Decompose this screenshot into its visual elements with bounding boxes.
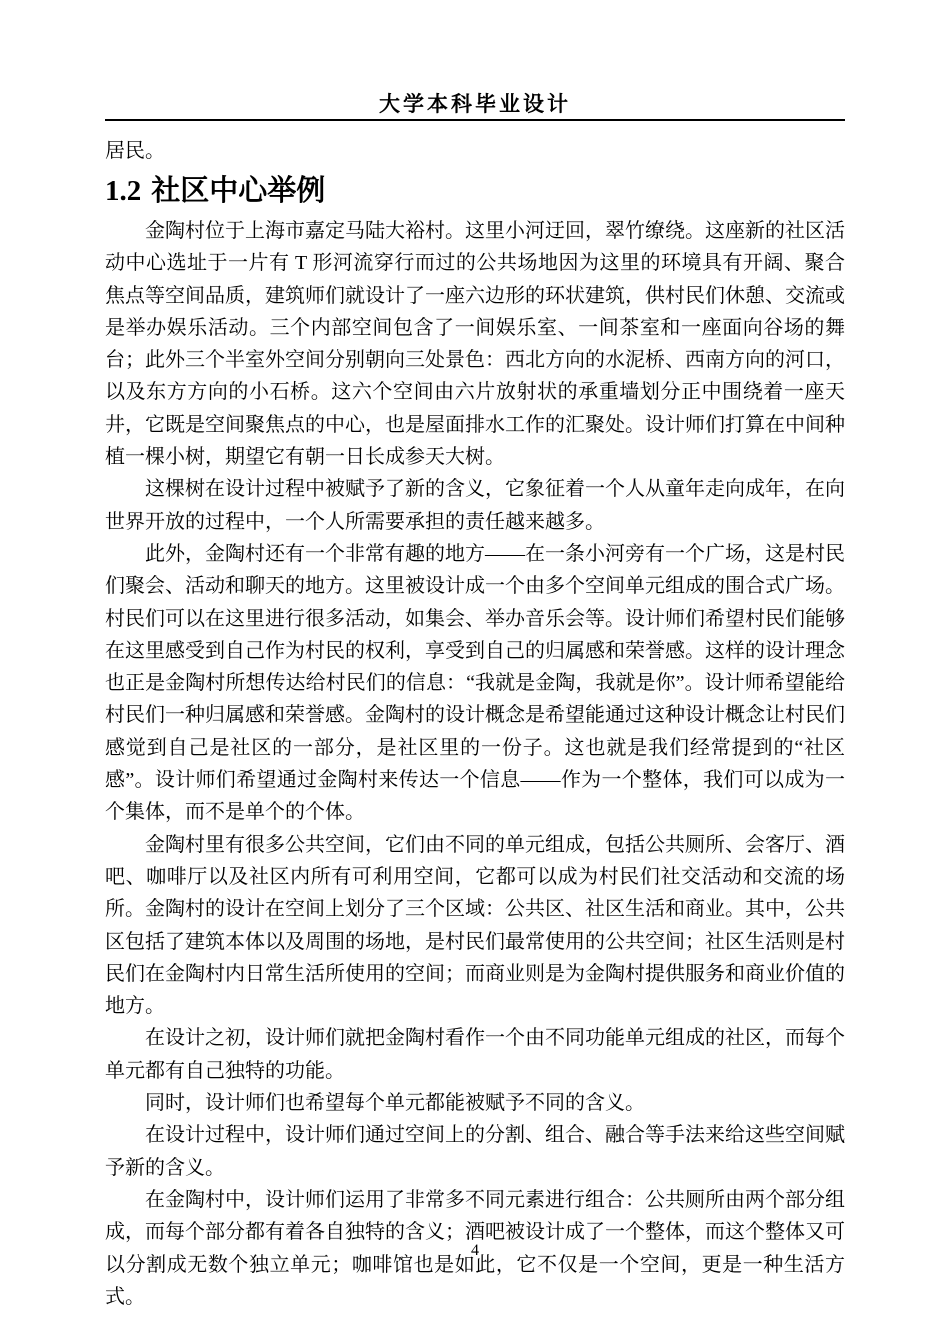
paragraph: 这棵树在设计过程中被赋予了新的含义，它象征着一个人从童年走向成年，在向世界开放的…: [105, 473, 845, 538]
paragraph: 同时，设计师们也希望每个单元都能被赋予不同的含义。: [105, 1087, 845, 1119]
paragraph: 金陶村里有很多公共空间，它们由不同的单元组成，包括公共厕所、会客厅、酒吧、咖啡厅…: [105, 829, 845, 1023]
running-header-title: 大学本科毕业设计: [105, 93, 845, 116]
page-number: 4: [0, 1241, 950, 1261]
paragraph: 在设计之初，设计师们就把金陶村看作一个由不同功能单元组成的社区，而每个单元都有自…: [105, 1022, 845, 1087]
page-footer: 4: [0, 1241, 950, 1261]
paragraph: 此外，金陶村还有一个非常有趣的地方——在一条小河旁有一个广场，这是村民们聚会、活…: [105, 538, 845, 829]
paragraph: 金陶村位于上海市嘉定马陆大裕村。这里小河迂回，翠竹缭绕。这座新的社区活动中心选址…: [105, 215, 845, 473]
continuation-text: 居民。: [105, 136, 845, 166]
section-heading: 1.2社区中心举例: [105, 173, 845, 209]
document-body: 金陶村位于上海市嘉定马陆大裕村。这里小河迂回，翠竹缭绕。这座新的社区活动中心选址…: [105, 215, 845, 1313]
page-header: 大学本科毕业设计: [105, 93, 845, 121]
section-title: 社区中心举例: [151, 175, 325, 207]
paragraph: 在设计过程中，设计师们通过空间上的分割、组合、融合等手法来给这些空间赋予新的含义…: [105, 1119, 845, 1184]
section-number: 1.2: [105, 175, 141, 207]
document-page: 大学本科毕业设计 居民。 1.2社区中心举例 金陶村位于上海市嘉定马陆大裕村。这…: [0, 0, 950, 1344]
